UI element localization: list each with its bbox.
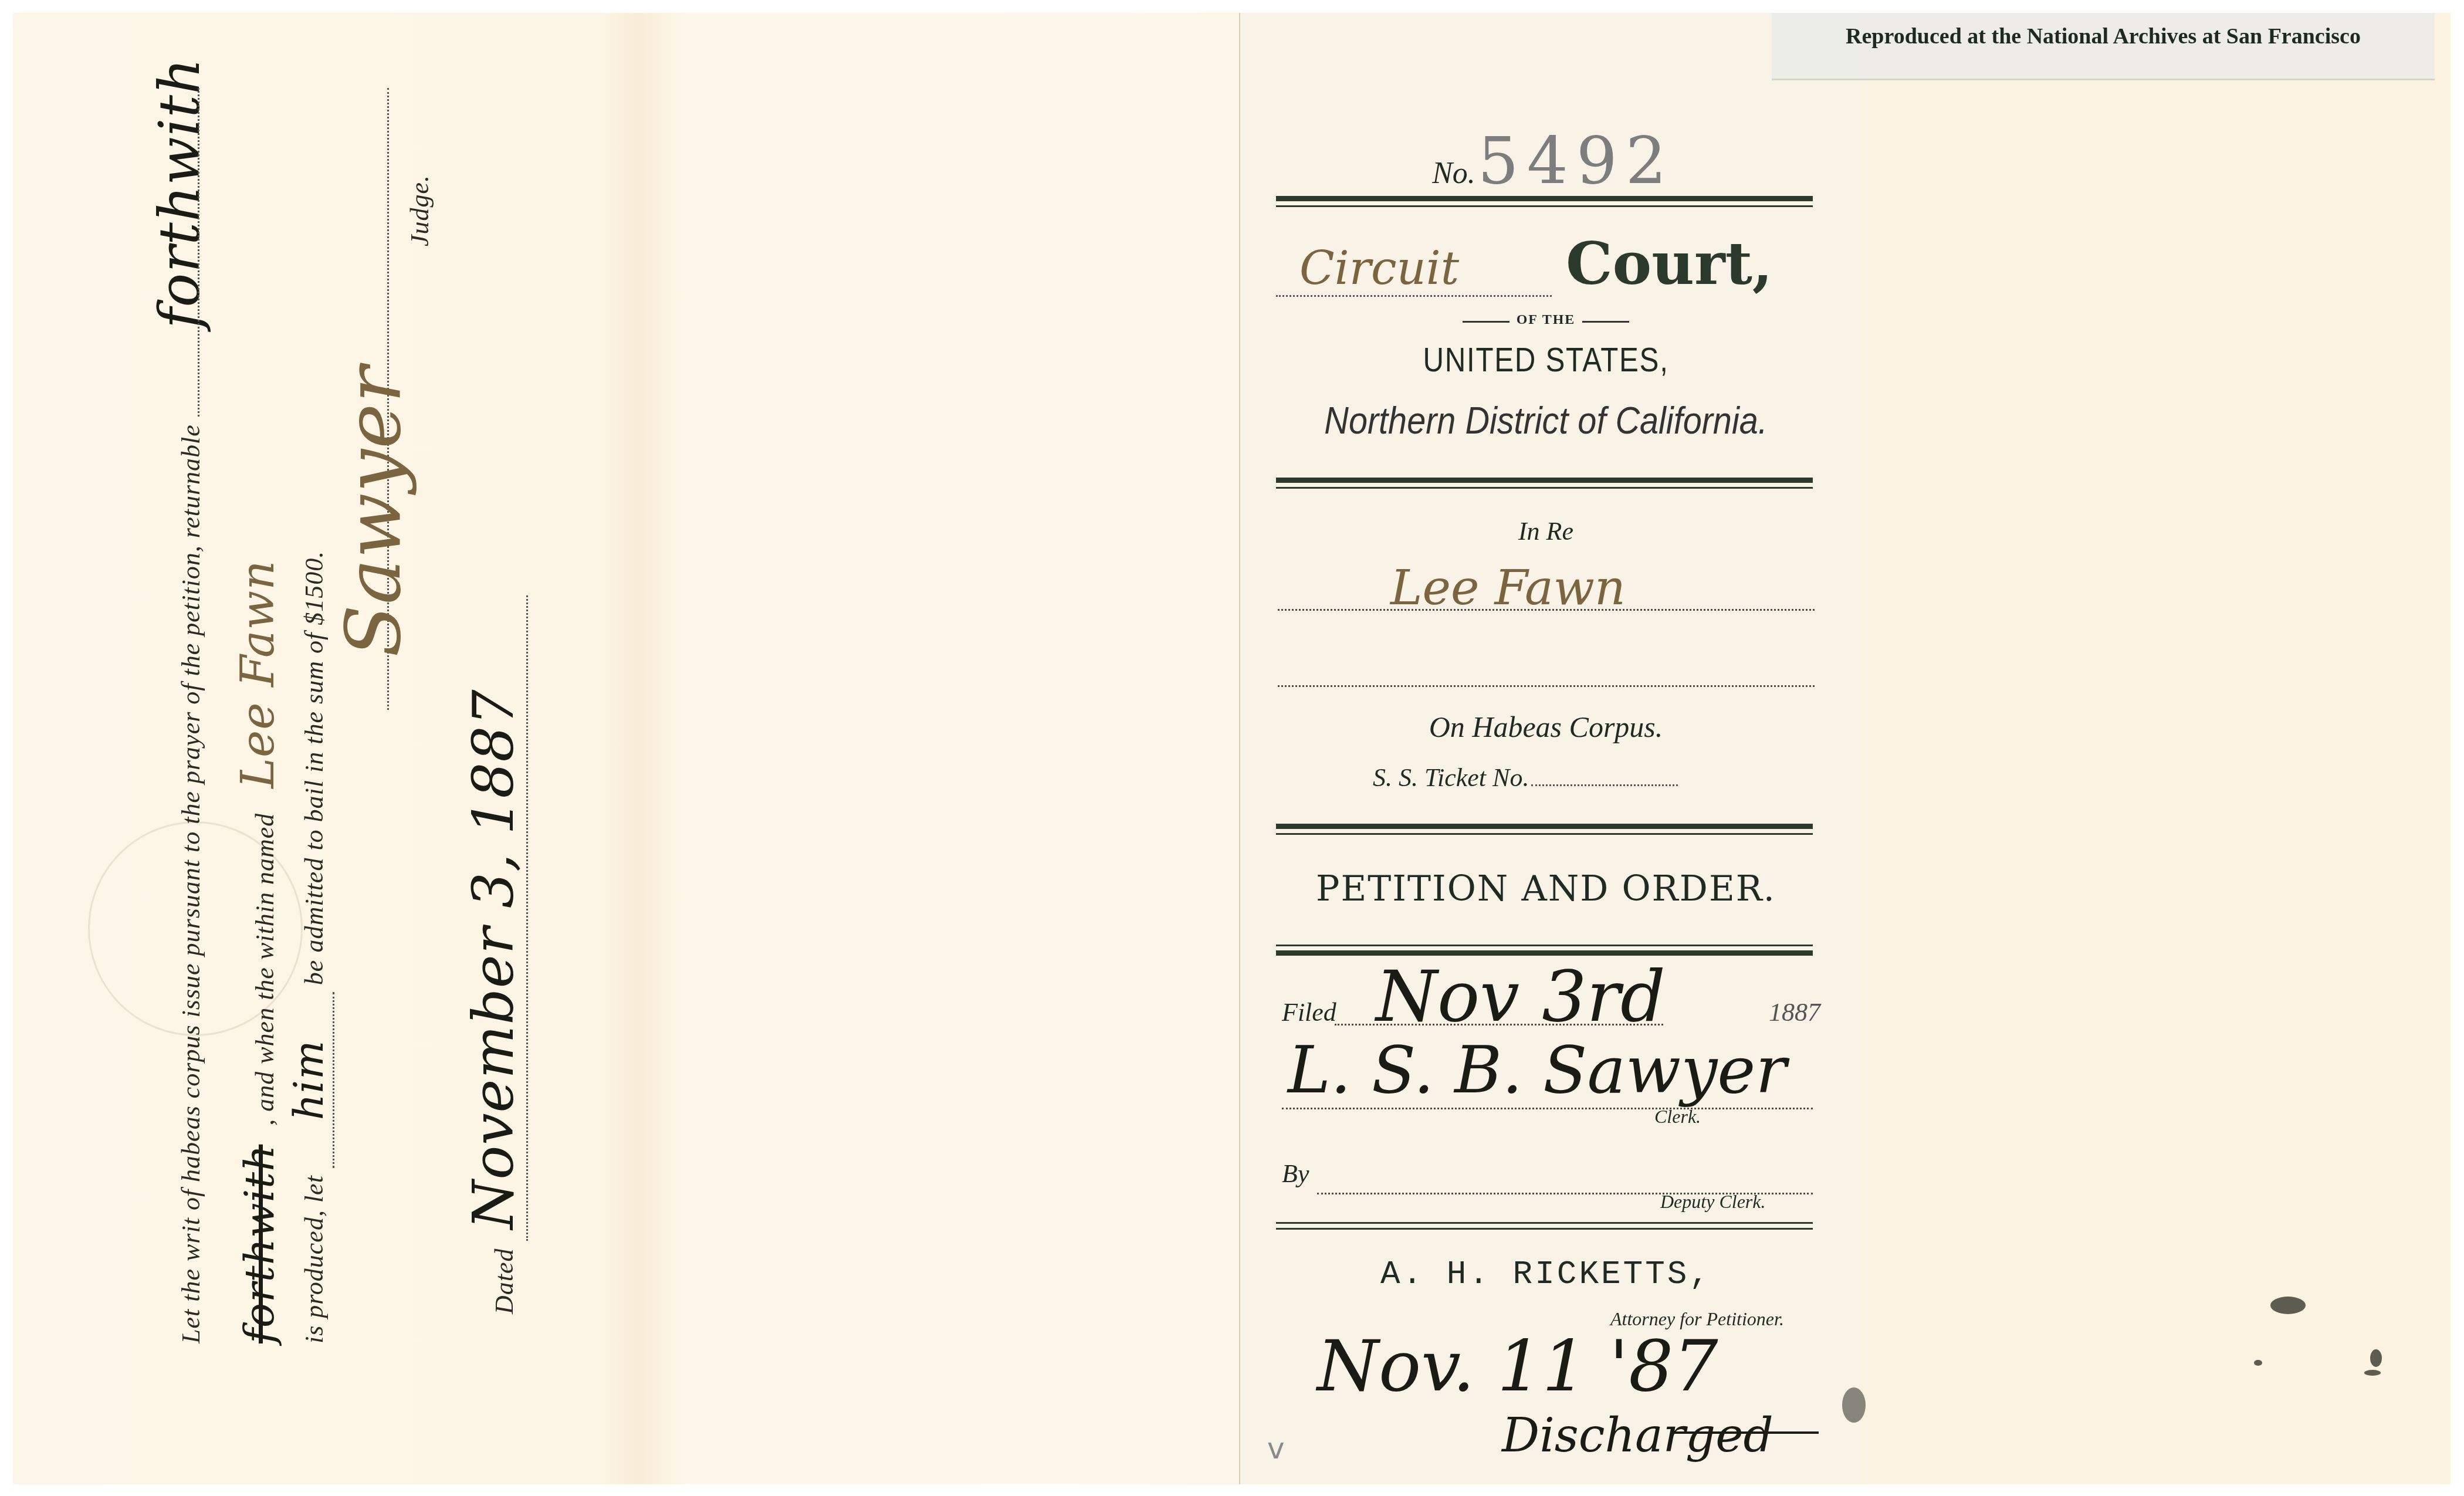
returnable-field-line xyxy=(198,88,199,417)
of-the-dash-right xyxy=(1582,321,1629,323)
pencil-check-mark: v xyxy=(1267,1431,1285,1465)
clerk-label: Clerk. xyxy=(1654,1106,1701,1128)
rule-2-thick xyxy=(1276,478,1813,483)
habeas-label: On Habeas Corpus. xyxy=(1276,710,1816,744)
filed-line xyxy=(1335,1024,1663,1025)
rule-5-thin-a xyxy=(1276,1222,1813,1224)
dated-label: Dated xyxy=(490,1248,519,1314)
order-line-3: is produced, let him be admitted to bail… xyxy=(285,551,334,1343)
blank-back-panel xyxy=(1861,13,2451,1484)
district-name: Northern District of California. xyxy=(1303,399,1789,442)
case-number-row: No. 5492 xyxy=(1276,123,1816,200)
in-re-label: In Re xyxy=(1276,516,1816,546)
in-re-field: Lee Fawn xyxy=(1276,560,1816,616)
court-row: Circuit Court, xyxy=(1276,229,1816,298)
ticket-row: S. S. Ticket No. xyxy=(1276,763,1816,793)
rule-2-thin xyxy=(1276,487,1813,489)
rule-5-thin-b xyxy=(1276,1228,1813,1230)
dated-field: November 3, 1887 xyxy=(461,595,528,1241)
ink-blot xyxy=(2370,1349,2382,1367)
number-label: No. xyxy=(1432,157,1475,190)
rule-4-thin xyxy=(1276,945,1813,946)
rule-3-thick xyxy=(1276,824,1813,829)
clerk-line xyxy=(1282,1108,1813,1109)
returnable-value: forthwith xyxy=(147,57,212,329)
filed-date: Nov 3rd xyxy=(1376,956,1666,1038)
deputy-clerk-label: Deputy Clerk. xyxy=(1660,1191,1766,1213)
rule-1-thick xyxy=(1276,196,1813,201)
of-the-label: OF THE xyxy=(1517,312,1576,327)
attorney-name: A. H. RICKETTS, xyxy=(1276,1255,1816,1293)
by-row: By xyxy=(1276,1159,1816,1189)
order-line-2: forthwith , and when the within named Le… xyxy=(232,560,285,1343)
filed-label: Filed xyxy=(1282,997,1336,1027)
clerk-signature: L. S. B. Sawyer xyxy=(1276,1033,1827,1108)
court-label: Court, xyxy=(1566,229,1773,298)
of-the-dash-left xyxy=(1463,321,1509,323)
endorsement-date: Nov. 11 '87 xyxy=(1317,1326,1718,1407)
ink-blot xyxy=(2254,1360,2262,1366)
ticket-label: S. S. Ticket No. xyxy=(1373,763,1529,792)
united-states: UNITED STATES, xyxy=(1316,340,1775,380)
form-title: PETITION AND ORDER. xyxy=(1276,868,1816,909)
filed-year: 1887 xyxy=(1769,997,1820,1027)
archive-label: Reproduced at the National Archives at S… xyxy=(1772,13,2435,80)
order-line-1-text: Let the writ of habeas corpus issue purs… xyxy=(177,424,205,1343)
ticket-field[interactable] xyxy=(1531,763,1678,786)
judge-signature: Sawyer xyxy=(329,366,418,657)
in-re-line-2 xyxy=(1278,685,1815,687)
let-field: him xyxy=(285,992,334,1168)
rule-3-thin xyxy=(1276,833,1813,835)
rule-1-thin xyxy=(1276,205,1813,207)
rule-4-thick xyxy=(1276,950,1813,956)
ink-blot xyxy=(2364,1370,2381,1376)
in-re-line-1 xyxy=(1278,609,1815,611)
dated-row: Dated November 3, 1887 xyxy=(461,595,528,1314)
struck-returnable: forthwith xyxy=(235,1145,283,1343)
of-the-row: OF THE xyxy=(1276,312,1816,328)
ink-blot xyxy=(1842,1387,1866,1423)
court-type-field: Circuit xyxy=(1276,242,1552,297)
ink-blot xyxy=(2270,1297,2306,1314)
filed-row: Filed Nov 3rd 1887 xyxy=(1276,962,1816,1033)
case-number-field: 5492 xyxy=(1478,123,1660,200)
named-value: Lee Fawn xyxy=(232,560,285,788)
judge-label: Judge. xyxy=(405,175,435,246)
order-line-1: Let the writ of habeas corpus issue purs… xyxy=(176,424,206,1343)
endorsement-note: Discharged xyxy=(1502,1408,1773,1463)
by-label: By xyxy=(1282,1159,1309,1188)
endorsement-underline xyxy=(1672,1431,1819,1434)
